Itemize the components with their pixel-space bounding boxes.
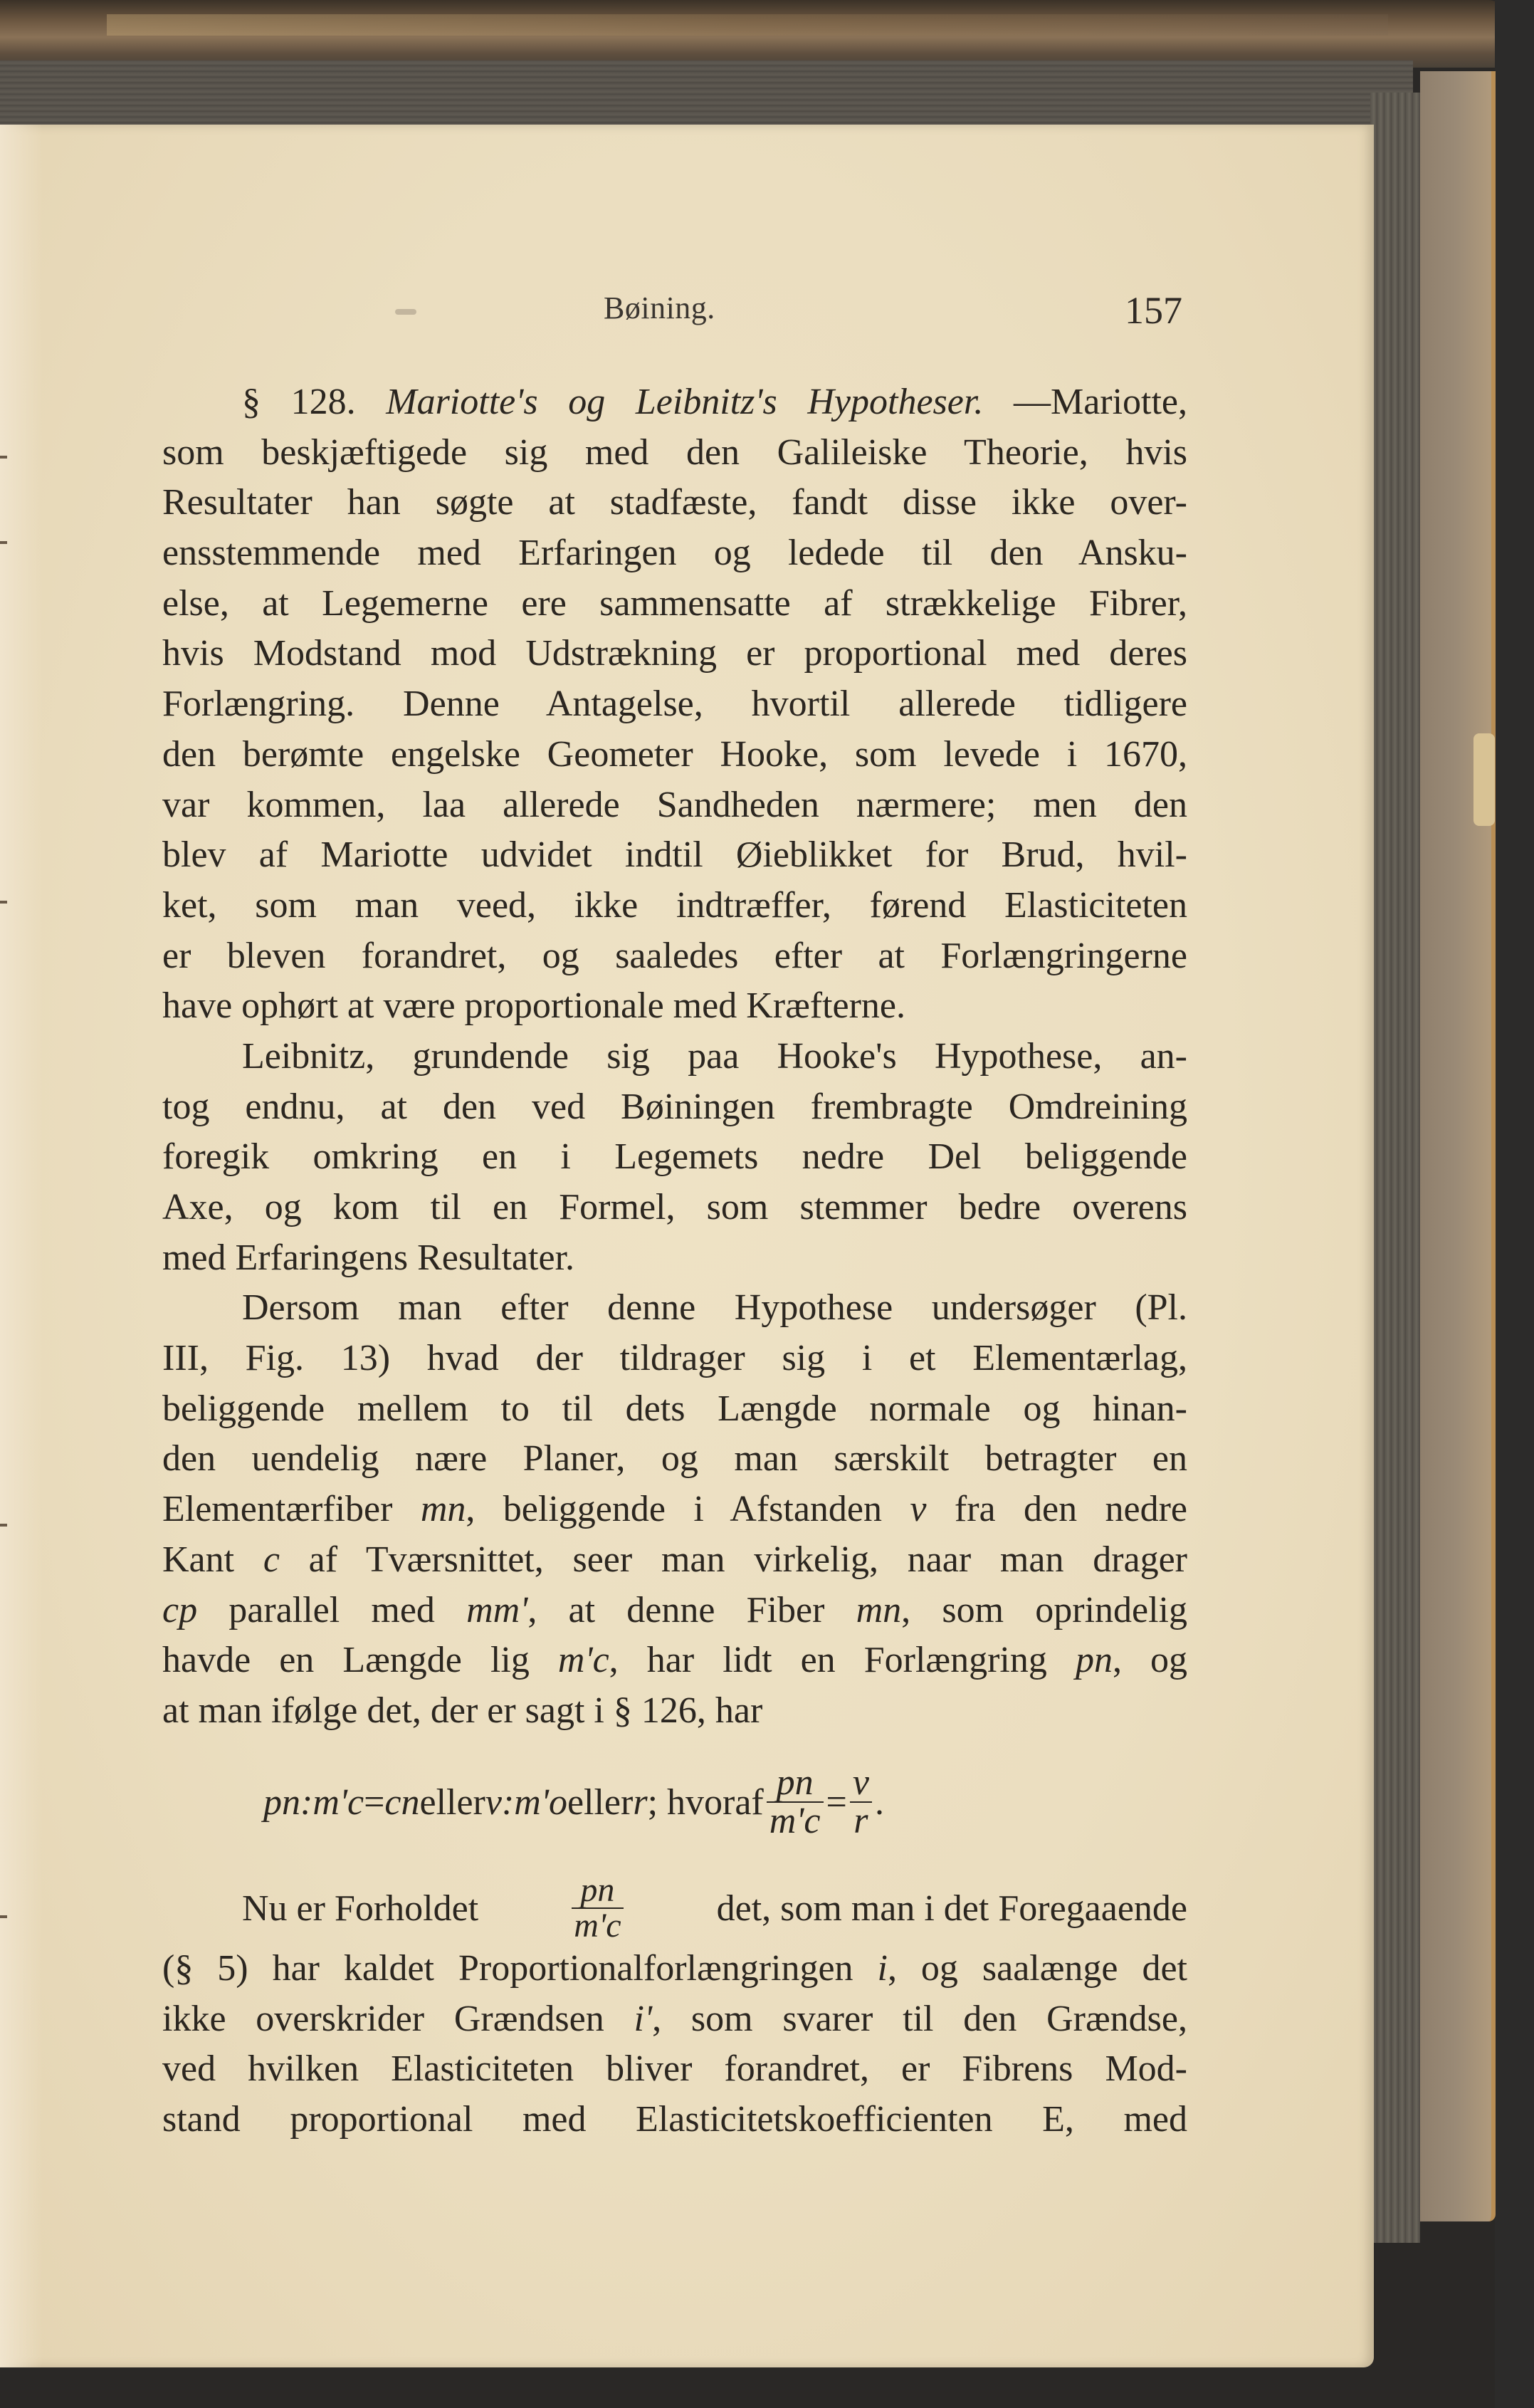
- text-line: ket, som man veed, ikke indtræffer, føre…: [162, 881, 1187, 931]
- text-line: III, Fig. 13) hvad der tildrager sig i e…: [162, 1334, 1187, 1384]
- book-cover-top: [0, 0, 1509, 68]
- cover-highlight: [107, 14, 1388, 36]
- fraction-numerator: pn: [767, 1764, 824, 1803]
- math-symbol: mm': [466, 1590, 527, 1630]
- text-line: ved hvilken Elasticiteten bliver forandr…: [162, 2044, 1187, 2095]
- text-line: Elementærfiber mn, beliggende i Afstande…: [162, 1485, 1187, 1535]
- text-span: fra den nedre: [927, 1489, 1187, 1529]
- fraction-numerator: pn: [572, 1873, 623, 1909]
- text-line: som beskjæftigede sig med den Galileiske…: [162, 428, 1187, 478]
- text-span: af Tværsnittet, seer man virkelig, naar …: [280, 1539, 1187, 1580]
- section-heading-line: § 128. Mariotte's og Leibnitz's Hypothes…: [162, 377, 1187, 428]
- text-line: Forlængring. Denne Antagelse, hvortil al…: [162, 679, 1187, 730]
- text-line: foregik omkring en i Legemets nedre Del …: [162, 1132, 1187, 1183]
- gutter-mark: [0, 541, 7, 544]
- text-line: else, at Legemerne ere sammensatte af st…: [162, 579, 1187, 629]
- math-symbol: mn: [421, 1489, 466, 1529]
- text-line: Kant c af Tværsnittet, seer man virkelig…: [162, 1535, 1187, 1586]
- text-span: ikke overskrider Grændsen: [162, 1999, 634, 2039]
- fraction-denominator: m'c: [572, 1909, 623, 1943]
- equation-term: v:m'o: [485, 1781, 567, 1823]
- text-line: Resultater han søgte at stadfæste, fandt…: [162, 478, 1187, 528]
- text-span: Kant: [162, 1539, 263, 1580]
- text-line: ensstemmende med Erfaringen og ledede ti…: [162, 528, 1187, 579]
- text-span: havde en Længde lig: [162, 1640, 558, 1680]
- math-symbol: v: [910, 1489, 926, 1529]
- text-line: Axe, og kom til en Formel, som stemmer b…: [162, 1183, 1187, 1233]
- text-span: (§ 5) har kaldet Proportionalforlængring…: [162, 1948, 878, 1989]
- text-line: med Erfaringens Resultater.: [162, 1233, 1187, 1284]
- math-symbol: mn: [856, 1590, 902, 1630]
- math-symbol: i': [634, 1999, 653, 2039]
- text-span: , og: [1113, 1640, 1187, 1680]
- running-head: Bøining. 157: [0, 288, 1374, 331]
- text-line: at man ifølge det, der er sagt i § 126, …: [162, 1686, 1187, 1737]
- text-line: (§ 5) har kaldet Proportionalforlængring…: [162, 1944, 1187, 1994]
- gutter-mark: [0, 456, 7, 459]
- text-line: cp parallel med mm', at denne Fiber mn, …: [162, 1586, 1187, 1636]
- math-symbol: cp: [162, 1590, 197, 1630]
- gutter-mark: [0, 901, 7, 904]
- text-span: Nu er Forholdet: [242, 1888, 478, 1930]
- body-text: § 128. Mariotte's og Leibnitz's Hypothes…: [162, 377, 1187, 1737]
- text-line: hvis Modstand mod Udstrækning er proport…: [162, 629, 1187, 679]
- equation-text: eller: [567, 1781, 633, 1823]
- text-line: beliggende mellem to til dets Længde nor…: [162, 1384, 1187, 1435]
- text-line: tog endnu, at den ved Bøiningen frembrag…: [162, 1082, 1187, 1133]
- equation-period: .: [875, 1781, 884, 1823]
- fraction-numerator: v: [850, 1764, 872, 1803]
- endpaper-edge: [1420, 71, 1496, 2221]
- text-span: Elementærfiber: [162, 1489, 421, 1529]
- equals-sign: =: [364, 1781, 384, 1823]
- text-span: , beliggende i Afstanden: [466, 1489, 910, 1529]
- equation-term: r: [633, 1781, 647, 1823]
- text-span: , som svarer til den Grændse,: [652, 1999, 1187, 2039]
- section-title: Mariotte's og Leibnitz's Hypotheser.: [386, 382, 983, 422]
- text-line: er bleven forandret, og saaledes efter a…: [162, 931, 1187, 982]
- gutter-shadow: [0, 125, 43, 2367]
- text-span: parallel med: [197, 1590, 466, 1630]
- section-dash: —: [1014, 382, 1051, 422]
- fraction: pnm'c: [767, 1764, 824, 1840]
- math-symbol: c: [263, 1539, 280, 1580]
- text-line: stand proportional med Elasticitetskoeff…: [162, 2095, 1187, 2145]
- math-symbol: m'c: [558, 1640, 609, 1680]
- text-line: have ophørt at være proportionale med Kr…: [162, 981, 1187, 1032]
- text-line: ikke overskrider Grændsen i', som svarer…: [162, 1994, 1187, 2045]
- gutter-mark: [0, 1524, 7, 1527]
- running-title: Bøining.: [604, 290, 715, 326]
- text-line: Leibnitz, grundende sig paa Hooke's Hypo…: [162, 1032, 1187, 1082]
- body-text-continued: Nu er Forholdet pnm'c det, som man i det…: [162, 1873, 1187, 2145]
- text-span: , har lidt en Forlængring: [609, 1640, 1076, 1680]
- equals-sign: =: [826, 1781, 847, 1823]
- equation-term: pn:m'c: [263, 1781, 364, 1823]
- text-line: den uendelig nære Planer, og man særskil…: [162, 1434, 1187, 1485]
- text-line: var kommen, laa allerede Sandheden nærme…: [162, 780, 1187, 831]
- text-span: , som oprindelig: [901, 1590, 1187, 1630]
- math-symbol: pn: [1076, 1640, 1113, 1680]
- fraction: pnm'c: [572, 1873, 623, 1943]
- text-line: blev af Mariotte udvidet indtil Øieblikk…: [162, 830, 1187, 881]
- page-stack-top: [0, 61, 1413, 128]
- fraction-denominator: r: [850, 1803, 872, 1840]
- text-span: det, som man i det Foregaaende: [717, 1888, 1187, 1930]
- text-span: , at denne Fiber: [527, 1590, 856, 1630]
- text-line: den berømte engelske Geometer Hooke, som…: [162, 730, 1187, 780]
- equation-term: cn: [384, 1781, 419, 1823]
- equation-text: eller: [420, 1781, 485, 1823]
- text-line: Mariotte,: [1051, 382, 1187, 422]
- endpaper-tab: [1473, 733, 1495, 826]
- section-number: § 128.: [242, 382, 356, 422]
- equation-text: ; hvoraf: [648, 1781, 764, 1823]
- display-equation: pn:m'c = cn eller v:m'o eller r; hvoraf …: [263, 1764, 884, 1843]
- fraction: vr: [850, 1764, 872, 1840]
- gutter-mark: [0, 1915, 7, 1918]
- text-line: havde en Længde lig m'c, har lidt en For…: [162, 1635, 1187, 1686]
- page-stack-right: [1370, 93, 1420, 2243]
- text-line: Dersom man efter denne Hypothese undersø…: [162, 1283, 1187, 1334]
- fraction-denominator: m'c: [767, 1803, 824, 1840]
- book-cover-right: [1495, 0, 1534, 2408]
- math-symbol: i: [878, 1948, 888, 1989]
- text-span: , og saalænge det: [888, 1948, 1187, 1989]
- text-line: Nu er Forholdet pnm'c det, som man i det…: [162, 1873, 1187, 1944]
- page-number: 157: [1125, 288, 1182, 333]
